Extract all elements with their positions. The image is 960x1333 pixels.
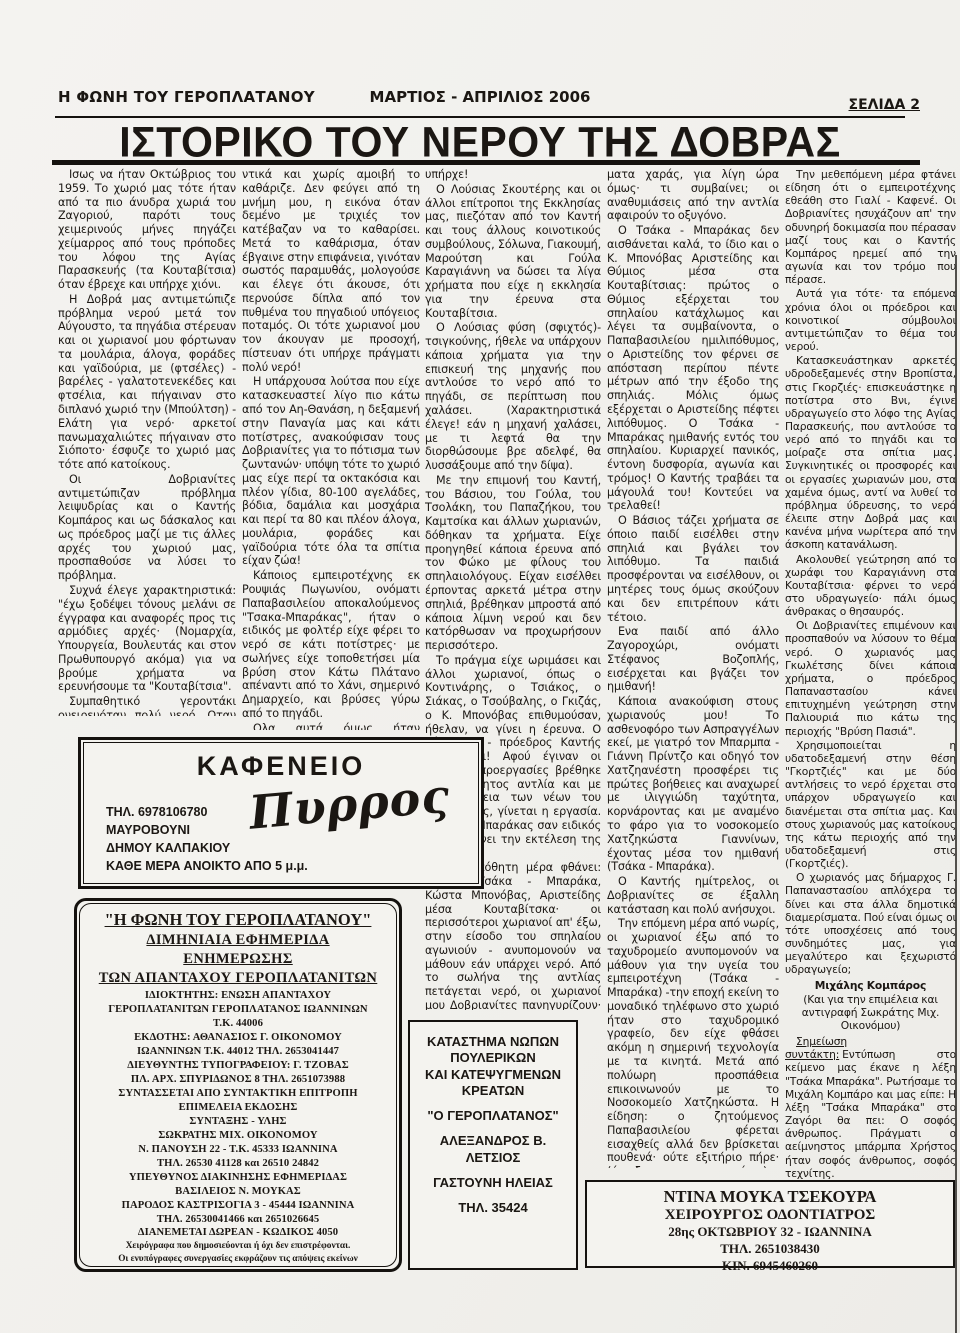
paragraph: ντικά και χωρίς αμοιβή το καθάριζε. Δεν …	[242, 168, 420, 374]
paragraph: Ο Καντής ημίτρελος, οι Δοβριανίτες σε έξ…	[607, 875, 779, 916]
shop-line: ΚΡΕΑΤΩΝ	[410, 1083, 576, 1099]
page-number: ΣΕΛΙΔΑ 2	[849, 97, 920, 113]
shop-phone: ΤΗΛ. 35424	[410, 1200, 576, 1216]
paragraph: Ολα αυτά όμως ήταν ημίμετρα: το πρόβλημα…	[242, 722, 420, 730]
headline-underline	[52, 160, 920, 165]
dentist-address: 28ης ΟΚΤΩΒΡΙΟΥ 32 - ΙΩΑΝΝΙΝΑ	[587, 1224, 953, 1241]
issue-date: ΜΑΡΤΙΟΣ - ΑΠΡΙΛΙΟΣ 2006	[0, 88, 960, 106]
kafeneio-hours: ΚΑΘΕ ΜΕΡΑ ΑΝΟΙΚΤΟ ΑΠΟ 5 μ.μ.	[106, 857, 308, 875]
paragraph: Ισως να ήταν Οκτώβριος του 1959. Το χωρι…	[58, 168, 236, 292]
newspaper-page: Η ΦΩΝΗ ΤΟΥ ΓΕΡΟΠΛΑΤΑΝΟΥ ΜΑΡΤΙΟΣ - ΑΠΡΙΛΙ…	[0, 0, 960, 1333]
masthead-line: ΣΥΝΤΑΞΗΣ - ΥΛΗΣ	[84, 1115, 392, 1129]
paragraph: Οι Δοβριανίτες επιμένουν και προσπαθούν …	[785, 619, 956, 737]
paragraph: Ο Βάσιος τάζει χρήματα σε όποιο παιδί ει…	[607, 514, 779, 624]
dentist-phone: ΤΗΛ. 2651038430	[587, 1241, 953, 1258]
masthead-line: ΠΑΡΟΔΟΣ ΚΑΣΤΡΙΣΟΓΙΑ 3 - 45444 ΙΩΑΝΝΙΝΑ	[84, 1199, 392, 1213]
ad-poultry-shop: ΚΑΤΑΣΤΗΜΑ ΝΩΠΩΝ ΠΟΥΛΕΡΙΚΩΝ ΚΑΙ ΚΑΤΕΨΥΓΜΕ…	[408, 1020, 578, 1270]
paragraph: Ακολουθεί γεώτρηση από το χωράφι του Καρ…	[785, 553, 956, 619]
paragraph: Χρησιμοποιείται η υδατοδεξαμενή στην θέσ…	[785, 739, 956, 871]
masthead-note: Χειρόγραφα που δημοσιεύονται ή όχι δεν ε…	[84, 1240, 392, 1252]
dentist-title: ΧΕΙΡΟΥΡΓΟΣ ΟΔΟΝΤΙΑΤΡΟΣ	[587, 1207, 953, 1224]
masthead-line: ΒΑΣΙΛΕΙΟΣ Ν. ΜΟΥΚΑΣ	[84, 1185, 392, 1199]
masthead-line: ΠΛ. ΑΡΧ. ΣΠΥΡΙΔΩΝΟΣ 8 ΤΗΛ. 2651073988	[84, 1073, 392, 1087]
shop-line: ΚΑΤΑΣΤΗΜΑ ΝΩΠΩΝ	[410, 1034, 576, 1050]
paragraph: Κάποια ανακούφιση στους χωριανούς μου! Τ…	[607, 695, 779, 874]
kafeneio-phone: ΤΗΛ. 6978106780	[106, 803, 308, 821]
masthead-note: που υπογράφουν.	[84, 1265, 392, 1267]
masthead-line: ΕΠΙΜΕΛΕΙΑ ΕΚΔΟΣΗΣ	[84, 1101, 392, 1115]
kafeneio-municipality: ΔΗΜΟΥ ΚΑΛΠΑΚΙΟΥ	[106, 839, 308, 857]
article-column-1: Ισως να ήταν Οκτώβριος του 1959. Το χωρι…	[58, 168, 236, 716]
paragraph: Με την επιμονή του Καντή, του Βάσιου, το…	[425, 474, 601, 653]
ad-kafeneio: ΚΑΦΕΝΕΙΟ Πυρρος ΤΗΛ. 6978106780 ΜΑΥΡΟΒΟΥ…	[78, 737, 484, 889]
paragraph: Συχνά έλεγε χαρακτηριστικά: "έχω ξοδέψει…	[58, 584, 236, 694]
paragraph: Συμπαθητικό γεροντάκι ονειρευόταν πολύ ν…	[58, 695, 236, 716]
scan-edge-line	[955, 255, 957, 1333]
editor-note: Σημείωση συντάκτη:Εντύπωση στο κείμενο μ…	[785, 1035, 956, 1180]
paragraph: Αυτά για τότε· τα επόμενα χρόνια όλοι οι…	[785, 287, 956, 353]
masthead-line: ΣΥΝΤΑΣΣΕΤΑΙ ΑΠΟ ΣΥΝΤΑΚΤΙΚΗ ΕΠΙΤΡΟΠΗ	[84, 1087, 392, 1101]
shop-owner: ΛΕΤΣΙΟΣ	[410, 1150, 576, 1166]
paragraph: Ο Τσάκα - Μπαράκας δεν αισθάνεται καλά, …	[607, 224, 779, 513]
shop-location: ΓΑΣΤΟΥΝΗ ΗΛΕΙΑΣ	[410, 1175, 576, 1191]
editor-note-label: Σημείωση συντάκτη:	[785, 1035, 847, 1061]
shop-line: ΠΟΥΛΕΡΙΚΩΝ	[410, 1050, 576, 1066]
masthead-box: "Η ΦΩΝΗ ΤΟΥ ΓΕΡΟΠΛΑΤΑΝΟΥ" ΔΙΜΗΝΙΑΙΑ ΕΦΗΜ…	[74, 898, 402, 1272]
paragraph: Ο Λούσιας φύση (σφιχτός)-τσιγκούνης, ήθε…	[425, 321, 601, 472]
masthead-line: ΣΩΚΡΑΤΗΣ ΜΙΧ. ΟΙΚΟΝΟΜΟΥ	[84, 1129, 392, 1143]
paragraph: Ενα παιδί από άλλο Ζαγοροχώρι, ονόματι Σ…	[607, 625, 779, 694]
paragraph: Κάποιος εμπειροτέχνης εκ Ρουψιάς Πωγωνίο…	[242, 569, 420, 720]
paragraph: Ο χωριανός μας δήμαρχος Γ. Παπαναστασίου…	[785, 871, 956, 976]
masthead-line: ΙΩΑΝΝΙΝΩΝ Τ.Κ. 44012 ΤΗΛ. 2653041447	[84, 1045, 392, 1059]
masthead-subtitle: ΕΝΗΜΕΡΩΣΗΣ	[84, 951, 392, 968]
masthead-line: ΕΚΔΟΤΗΣ: ΑΘΑΝΑΣΙΟΣ Γ. ΟΙΚΟΝΟΜΟΥ	[84, 1031, 392, 1045]
paragraph: Ο Λούσιας Σκουτέρης και οι άλλοι επίτροπ…	[425, 183, 601, 321]
masthead-line: ΓΕΡΟΠΛΑΤΑΝΙΤΩΝ ΓΕΡΟΠΛΑΤΑΝΟΣ ΙΩΑΝΝΙΝΩΝ	[84, 1003, 392, 1017]
article-author: Μιχάλης Κομπάρος	[785, 979, 956, 992]
masthead-subtitle: ΔΙΜΗΝΙΑΙΑ ΕΦΗΜΕΡΙΔΑ	[84, 932, 392, 949]
masthead-line: ΔΙΕΥΘΥΝΤΗΣ ΤΥΠΟΓΡΑΦΕΙΟΥ: Γ. ΤΖΟΒΑΣ	[84, 1059, 392, 1073]
masthead-line: ΤΗΛ. 26530041466 και 2651026645	[84, 1213, 392, 1227]
masthead-line: Ν. ΠΑΝΟΥΣΗ 22 - Τ.Κ. 45333 ΙΩΑΝΝΙΝΑ	[84, 1143, 392, 1157]
kafeneio-place: ΜΑΥΡΟΒΟΥΝΙ	[106, 821, 308, 839]
paragraph: Την επόμενη μέρα από νωρίς, οι χωριανοί …	[607, 917, 779, 1168]
masthead-subtitle: ΤΩΝ ΑΠΑΝΤΑΧΟΥ ΓΕΡΟΠΛΑΤΑΝΙΤΩΝ	[84, 970, 392, 987]
shop-owner: ΑΛΕΞΑΝΔΡΟΣ Β.	[410, 1133, 576, 1149]
ad-dentist: ΝΤΙΝΑ ΜΟΥΚΑ ΤΣΕΚΟΥΡΑ ΧΕΙΡΟΥΡΓΟΣ ΟΔΟΝΤΙΑΤ…	[585, 1180, 955, 1268]
article-column-5: Την μεθεπόμενη μέρα φτάνει είδηση ότι ο …	[785, 168, 956, 1180]
paragraph: Κατασκευάστηκαν αρκετές υδροδεξαμενές στ…	[785, 354, 956, 551]
masthead-title: "Η ΦΩΝΗ ΤΟΥ ΓΕΡΟΠΛΑΤΑΝΟΥ"	[84, 910, 392, 930]
paragraph: ματα χαράς, για λίγη ώρα όμως· τι συμβαί…	[607, 168, 779, 223]
masthead-line: ΤΗΛ. 26530 41128 και 26510 24842	[84, 1157, 392, 1171]
masthead-line: ΙΔΙΟΚΤΗΤΗΣ: ΕΝΩΣΗ ΑΠΑΝΤΑΧΟΥ	[84, 989, 392, 1003]
dentist-mobile: ΚΙΝ. 6945460260	[587, 1258, 953, 1275]
masthead-line: ΥΠΕΥΘΥΝΟΣ ΔΙΑΚΙΝΗΣΗΣ ΕΦΗΜΕΡΙΔΑΣ	[84, 1171, 392, 1185]
masthead-note: Οι ενυπόγραφες συνεργασίες εκφράζουν τις…	[84, 1253, 392, 1265]
masthead-line: ΔΙΑΝΕΜΕΤΑΙ ΔΩΡΕΑΝ - ΚΩΔΙΚΟΣ 4050	[84, 1226, 392, 1240]
ad-kafeneio-frame: ΚΑΦΕΝΕΙΟ Πυρρος ΤΗΛ. 6978106780 ΜΑΥΡΟΒΟΥ…	[83, 742, 479, 884]
paragraph: Η Δοβρά μας αντιμετώπιζε πρόβλημα νερού …	[58, 293, 236, 472]
masthead-frame: "Η ΦΩΝΗ ΤΟΥ ΓΕΡΟΠΛΑΤΑΝΟΥ" ΔΙΜΗΝΙΑΙΑ ΕΦΗΜ…	[79, 903, 397, 1267]
masthead-line: Τ.Κ. 44006	[84, 1017, 392, 1031]
shop-name: "Ο ΓΕΡΟΠΛΑΤΑΝΟΣ"	[410, 1108, 576, 1124]
article-credit: (Και για την επιμέλεια και αντιγραφή Σωκ…	[785, 993, 956, 1032]
paragraph: Οι Δοβριανίτες αντιμετώπιζαν πρόβλημα λε…	[58, 473, 236, 583]
editor-note-text: Εντύπωση στο κείμενο μας έκανε η λέξη "Τ…	[785, 1048, 956, 1179]
article-column-4: ματα χαράς, για λίγη ώρα όμως· τι συμβαί…	[607, 168, 779, 1168]
article-column-2: ντικά και χωρίς αμοιβή το καθάριζε. Δεν …	[242, 168, 420, 730]
shop-line: ΚΑΙ ΚΑΤΕΨΥΓΜΕΝΩΝ	[410, 1067, 576, 1083]
paragraph: Η υπάρχουσα λούτσα που είχε κατασκευαστε…	[242, 375, 420, 568]
dentist-name: ΝΤΙΝΑ ΜΟΥΚΑ ΤΣΕΚΟΥΡΑ	[587, 1187, 953, 1207]
kafeneio-details: ΤΗΛ. 6978106780 ΜΑΥΡΟΒΟΥΝΙ ΔΗΜΟΥ ΚΑΛΠΑΚΙ…	[106, 803, 308, 876]
paragraph: υπήρχε!	[425, 168, 601, 182]
paragraph: Την μεθεπόμενη μέρα φτάνει είδηση ότι ο …	[785, 168, 956, 286]
